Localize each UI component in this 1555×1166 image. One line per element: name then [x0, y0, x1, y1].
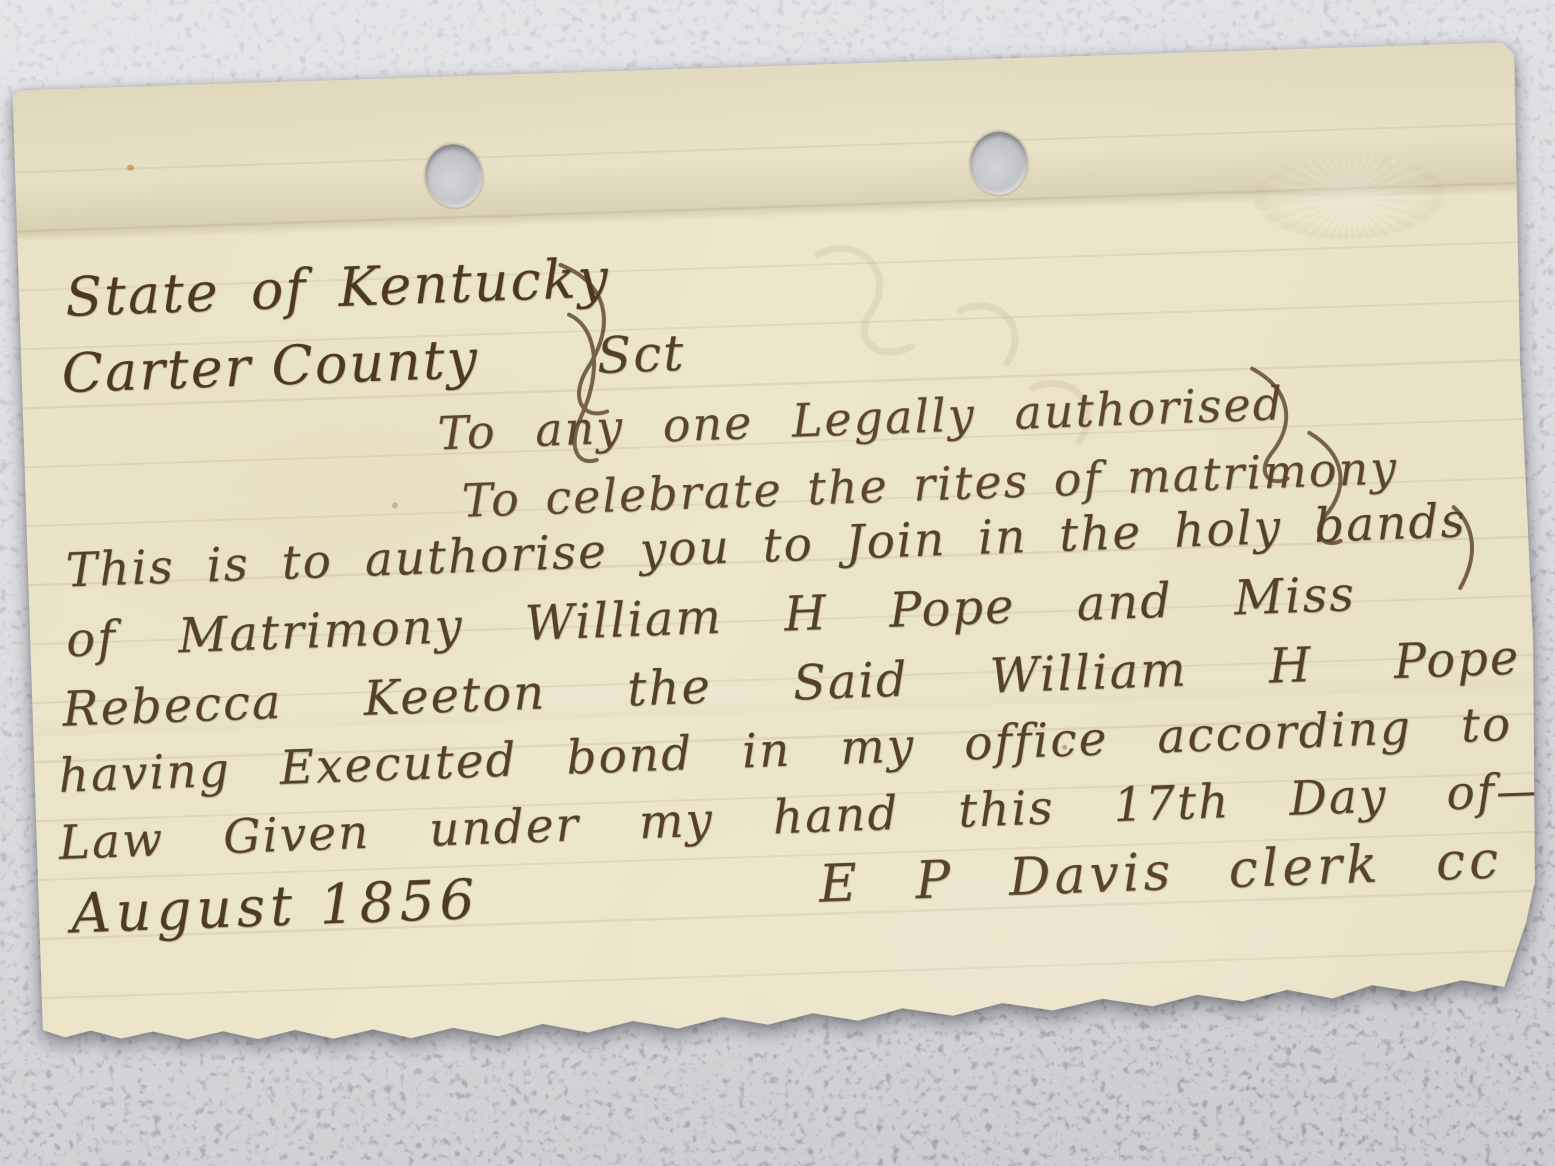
- text-county: Carter County: [61, 327, 481, 405]
- text-sct-abbrev: Sct: [596, 324, 686, 385]
- text-state-line: State of Kentucky: [64, 246, 611, 328]
- paper-wrap: State of Kentucky Carter CountySct To an…: [12, 42, 1545, 1076]
- text-salutation-1: To any one Legally authorised: [437, 376, 1285, 460]
- handwritten-document-paper: State of Kentucky Carter CountySct To an…: [12, 42, 1545, 1076]
- rust-speck: [392, 502, 398, 508]
- text-county-line: Carter CountySct: [61, 320, 687, 405]
- text-clerk-signature: E P Davis clerk cc: [818, 830, 1503, 918]
- photograph-of-document: State of Kentucky Carter CountySct To an…: [0, 0, 1555, 1166]
- text-date: August 1856: [70, 867, 481, 946]
